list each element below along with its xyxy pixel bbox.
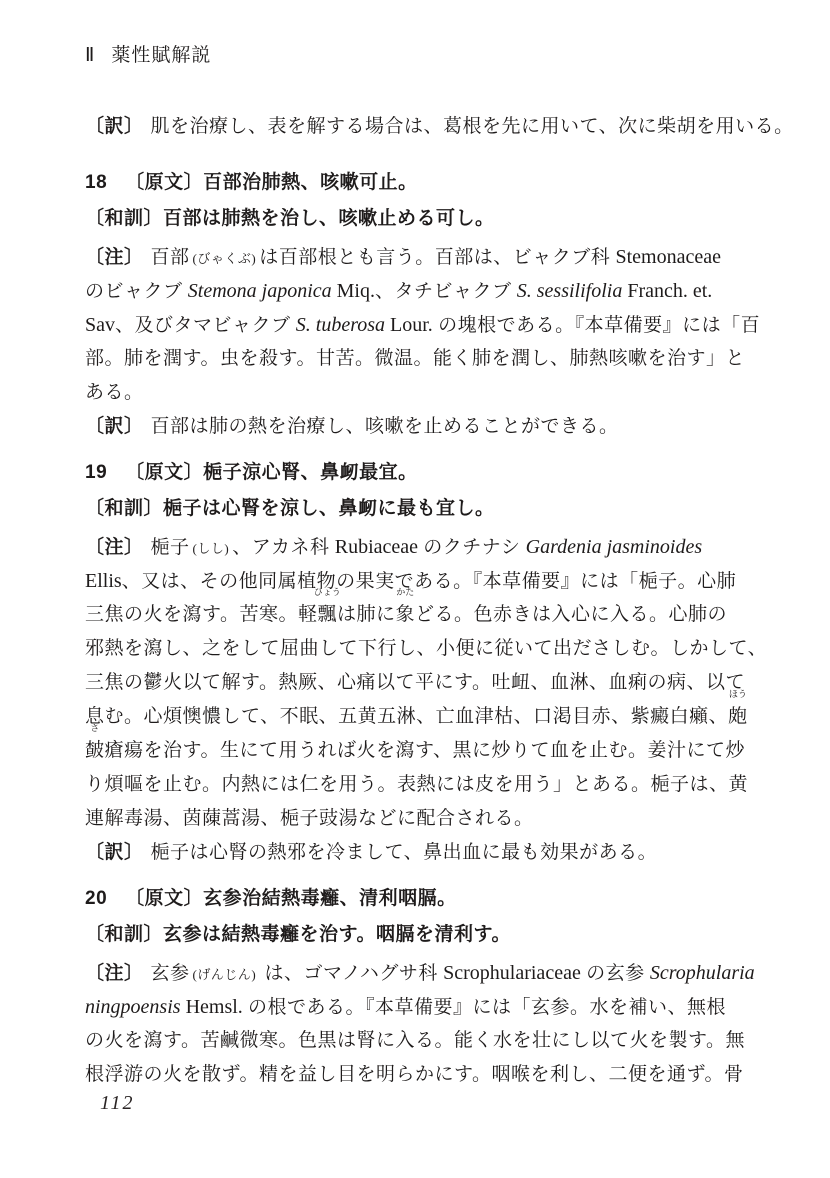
wakun-line: 〔和訓〕梔子は心腎を涼し、鼻衂に最も宜し。 [85, 492, 750, 526]
note-paragraph: 〔注〕玄参(げんじん) は、ゴマノハグサ科 Scrophulariaceae の… [85, 956, 750, 1092]
note-line: 息む。心煩懊憹して、不眠、五黄五淋、亡血津枯、口渇目赤、紫癜白癩、皰ほう [85, 700, 750, 734]
note-line: の火を瀉す。苦鹹微寒。色黒は腎に入る。能く水を壮にし以て火を製す。無 [85, 1024, 750, 1058]
genbun-heading: 20〔原文〕玄参治結熱毒癰、清利咽膈。 [85, 882, 750, 916]
note-line: 連解毒湯、茵蔯蒿湯、梔子豉湯などに配合される。 [85, 802, 750, 836]
running-header: Ⅱ薬性賦解説 [85, 42, 750, 70]
note-line: 三焦の鬱火以て解す。熱厥、心痛以て平にす。吐衄、血淋、血痢の病、以て [85, 666, 750, 700]
note-line: 皶さ瘡瘍を治す。生にて用うれば火を瀉す、黒に炒りて血を止む。姜汁にて炒 [85, 734, 750, 768]
note-line: 〔注〕百部(びゃくぶ)は百部根とも言う。百部は、ビャクブ科 Stemonacea… [85, 240, 750, 274]
wakun-line: 〔和訓〕百部は肺熱を治し、咳嗽止める可し。 [85, 202, 750, 236]
translation-line: 〔訳〕梔子は心腎の熱邪を冷まして、鼻出血に最も効果がある。 [85, 836, 750, 870]
translation-line: 〔訳〕百部は肺の熱を治療し、咳嗽を止めることができる。 [85, 410, 750, 444]
section-19: 19〔原文〕梔子涼心腎、鼻衂最宜。 〔和訓〕梔子は心腎を涼し、鼻衂に最も宜し。 … [85, 456, 750, 870]
intro-translation-line: 〔訳〕肌を治療し、表を解する場合は、葛根を先に用いて、次に柴胡を用いる。 [85, 110, 750, 144]
note-line: 〔注〕玄参(げんじん) は、ゴマノハグサ科 Scrophulariaceae の… [85, 956, 750, 990]
section-20: 20〔原文〕玄参治結熱毒癰、清利咽膈。 〔和訓〕玄参は結熱毒癰を治す。咽膈を清利… [85, 882, 750, 1092]
note-line: Ellis、又は、その他同属植物の果実である。『本草備要』には「梔子。心肺 [85, 564, 750, 598]
note-line: り煩嘔を止む。内熱には仁を用う。表熱には皮を用う」とある。梔子は、黄 [85, 768, 750, 802]
note-line: Sav、及びタマビャクブ S. tuberosa Lour. の塊根である。『本… [85, 308, 750, 342]
page-number: 112 [100, 1092, 135, 1115]
note-line: 三焦の火を瀉す。苦寒。軽飄ひょうは肺に象かたどる。色赤きは入心に入る。心肺の [85, 598, 750, 632]
genbun-heading: 19〔原文〕梔子涼心腎、鼻衂最宜。 [85, 456, 750, 490]
note-line: 根浮游の火を散ず。精を益し目を明らかにす。咽喉を利し、二便を通ず。骨 [85, 1058, 750, 1092]
note-paragraph: 〔注〕百部(びゃくぶ)は百部根とも言う。百部は、ビャクブ科 Stemonacea… [85, 240, 750, 410]
book-page: Ⅱ薬性賦解説 〔訳〕肌を治療し、表を解する場合は、葛根を先に用いて、次に柴胡を用… [0, 0, 830, 1178]
note-line: 邪熱を瀉し、之をして屈曲して下行し、小便に従いて出ださしむ。しかして、 [85, 632, 750, 666]
note-line: ある。 [85, 376, 750, 410]
section-18: 18〔原文〕百部治肺熱、咳嗽可止。 〔和訓〕百部は肺熱を治し、咳嗽止める可し。 … [85, 166, 750, 444]
note-paragraph: 〔注〕梔子(しし)、アカネ科 Rubiaceae のクチナシ Gardenia … [85, 530, 750, 836]
note-line: ningpoensis Hemsl. の根である。『本草備要』には「玄参。水を補… [85, 990, 750, 1024]
wakun-line: 〔和訓〕玄参は結熱毒癰を治す。咽膈を清利す。 [85, 918, 750, 952]
genbun-heading: 18〔原文〕百部治肺熱、咳嗽可止。 [85, 166, 750, 200]
note-line: 〔注〕梔子(しし)、アカネ科 Rubiaceae のクチナシ Gardenia … [85, 530, 750, 564]
note-line: のビャクブ Stemona japonica Miq.、タチビャクブ S. se… [85, 274, 750, 308]
note-line: 部。肺を潤す。虫を殺す。甘苦。微温。能く肺を潤し、肺熱咳嗽を治す」と [85, 342, 750, 376]
page-content: Ⅱ薬性賦解説 〔訳〕肌を治療し、表を解する場合は、葛根を先に用いて、次に柴胡を用… [85, 0, 750, 1092]
